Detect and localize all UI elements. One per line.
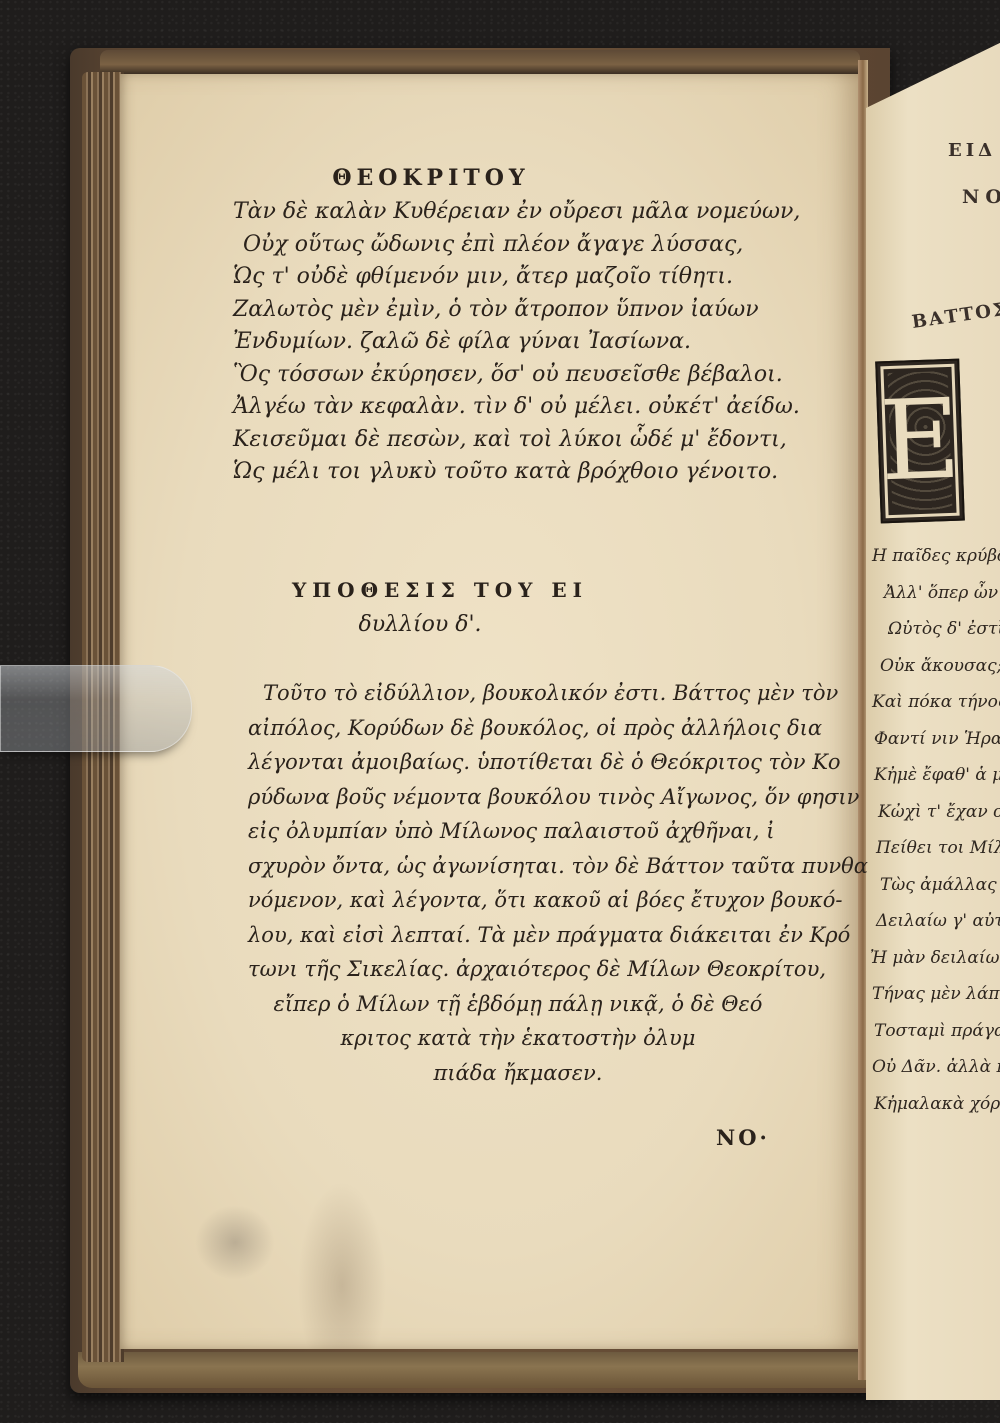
right-line: Πείθει τοι Μίλων κ (876, 830, 1000, 867)
verse-line: Ὡς τ' οὐδὲ φθίμενόν μιν, ἄτερ μαζοῖο τίθ… (233, 261, 800, 294)
right-line: Τοσταμὶ πράγας (874, 1013, 1000, 1050)
prose-line: σχυρὸν ὄντα, ὡς ἀγωνίσηται. τὸν δὲ Βάττο… (248, 849, 868, 884)
right-line: Ἀλλ' ὅπερ ὦν ὑφίησι τ (884, 575, 1000, 612)
right-line: Καὶ πόκα τήνος ἐλα (872, 684, 1000, 721)
right-line: Κἠμὲ ἔφαθ' ἁ ματὴρ Πο (874, 757, 1000, 794)
running-title: ΘΕΟΚΡΙΤΟΥ (0, 165, 862, 191)
right-heading-2: ΝΟ (962, 186, 1000, 208)
prose-line: νόμενον, καὶ λέγοντα, ὅτι κακοῦ αἱ βόες … (248, 883, 868, 918)
argument-title: ΥΠΟΘΕΣΙΣ ΤΟΥ ΕΙ (0, 578, 880, 602)
prose-line: λου, καὶ εἰσὶ λεπταί. Τὰ μὲν πράγματα δι… (248, 918, 868, 953)
right-line: Κἠμαλακὰ χόρτω (874, 1086, 1000, 1123)
right-line: Οὐκ ἄκουσας; ἀγ (880, 648, 1000, 685)
prose-line: λέγονται ἀμοιβαίως. ὑποτίθεται δὲ ὁ Θεόκ… (248, 745, 868, 780)
right-line: Η παῖδες κρύβδαν τ (872, 538, 1000, 575)
cover-bottom-edge (78, 1352, 898, 1388)
verse-block: Τὰν δὲ καλὰν Κυθέρειαν ἐν οὔρεσι μᾶλα νο… (233, 196, 800, 489)
right-line: Τήνας μὲν λάπτας τ (872, 976, 1000, 1013)
prose-line: αἰπόλος, Κορύδων δὲ βουκόλος, οἱ πρὸς ἀλ… (248, 711, 868, 746)
right-line: Ωὐτὸς δ' ἐστὶ (888, 611, 1000, 648)
page-holder-strip (0, 665, 192, 752)
right-heading-1: ΕΙΔ (948, 140, 996, 161)
verse-line: Κεισεῦμαι δὲ πεσὼν, καὶ τοὶ λύκοι ὧδέ μ'… (233, 424, 800, 457)
verse-line: Ὃς τόσσων ἐκύρησεν, ὅσ' οὐ πευσεῖσθε βέβ… (233, 359, 800, 392)
argument-prose: Τοῦτο τὸ εἰδύλλιον, βουκολικόν ἐστι. Βάτ… (248, 676, 868, 1090)
cover-top-edge (100, 50, 860, 74)
right-line: Κὠχὶ τ' ἔχαν σκαπάνα (878, 794, 1000, 831)
decorated-initial: E (875, 359, 965, 524)
right-line: Οὐ Δᾶν. ἀλλὰ καρ (872, 1049, 1000, 1086)
verse-line: Ἐνδυμίων. ζαλῶ δὲ φίλα γύναι Ἰασίωνα. (233, 326, 800, 359)
right-line: Δειλαίω γ' αὐτῶ (876, 903, 1000, 940)
prose-line: εἰς ὀλυμπίαν ὑπὸ Μίλωνος παλαιστοῦ ἀχθῆν… (248, 814, 868, 849)
prose-line: πιάδα ἤκμασεν. (238, 1056, 798, 1091)
verse-line: Τὰν δὲ καλὰν Κυθέρειαν ἐν οὔρεσι μᾶλα νο… (233, 196, 800, 229)
prose-line: κριτος κατὰ τὴν ἑκατοστὴν ὀλυμ (238, 1021, 798, 1056)
verse-line: Οὐχ οὕτως ὤδωνις ἐπὶ πλέον ἄγαγε λύσσας, (243, 229, 800, 262)
right-line: Ἠ μὰν δειλαίω γ', ε (870, 940, 1000, 977)
ink-smudge (195, 1205, 275, 1280)
initial-letter: E (878, 379, 962, 502)
verse-line: Ζαλωτὸς μὲν ἐμὶν, ὁ τὸν ἄτροπον ὕπνον ἰα… (233, 294, 800, 327)
prose-line: Τοῦτο τὸ εἰδύλλιον, βουκολικόν ἐστι. Βάτ… (263, 676, 868, 711)
verse-line: Ὡς μέλι τοι γλυκὺ τοῦτο κατὰ βρόχθοιο γέ… (233, 456, 800, 489)
argument-subtitle: δυλλίου δ'. (0, 612, 840, 637)
prose-line: εἴπερ ὁ Μίλων τῇ ἑβδόμῃ πάλῃ νικᾷ, ὁ δὲ … (238, 987, 798, 1022)
prose-line: ρύδωνα βοῦς νέμοντα βουκόλου τινὸς Αἴγων… (248, 780, 868, 815)
right-line: Τὼς ἀμάλλας δ' αὐτὸν (880, 867, 1000, 904)
catchword: ΝΟ· (716, 1125, 770, 1150)
verse-line: Ἀλγέω τὰν κεφαλὰν. τὶν δ' οὐ μέλει. οὐκέ… (233, 391, 800, 424)
right-line: Φαντί νιν Ἡρακλῆϊ (874, 721, 1000, 758)
prose-line: τωνι τῆς Σικελίας. ἀρχαιότερος δὲ Μίλων … (248, 952, 868, 987)
right-page-text: Η παῖδες κρύβδαν τ Ἀλλ' ὅπερ ὦν ὑφίησι τ… (852, 538, 1000, 1122)
